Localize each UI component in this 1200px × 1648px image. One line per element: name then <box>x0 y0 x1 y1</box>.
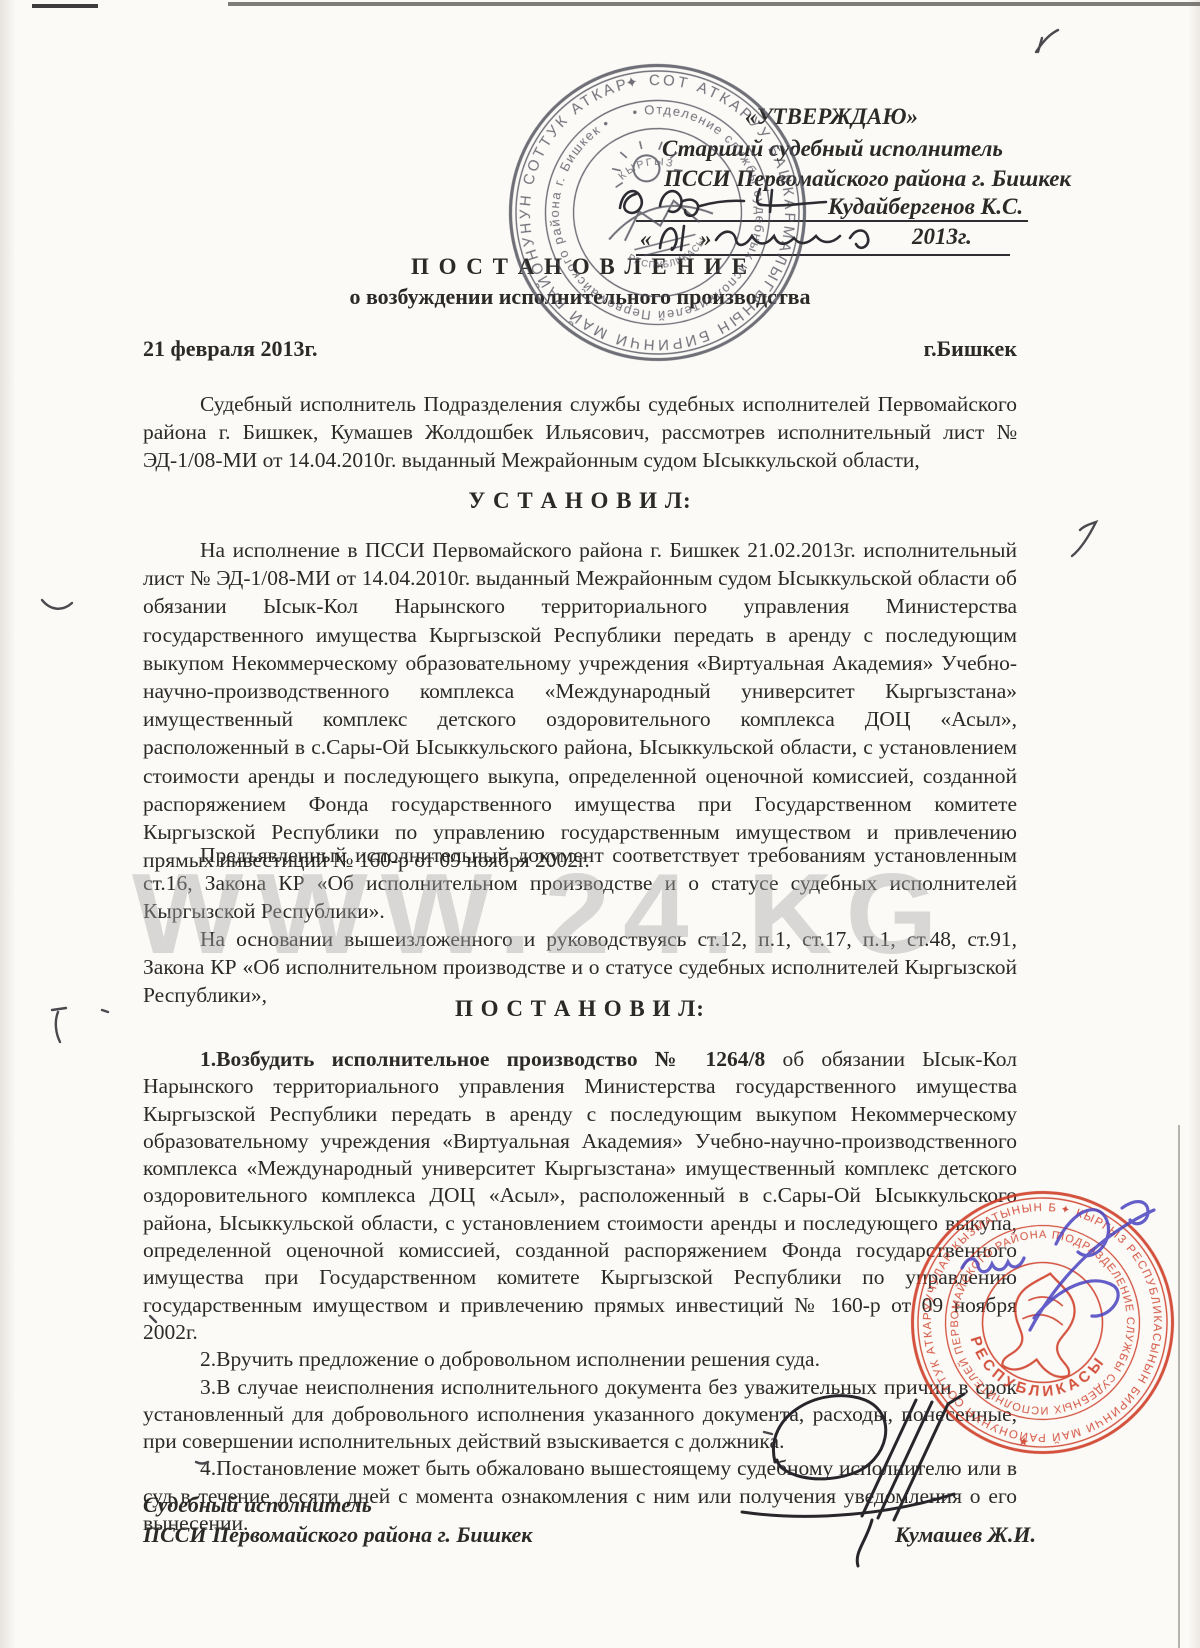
stamp-mountains <box>618 196 699 241</box>
executor-title-line2: ПССИ Первомайского района г. Бишкек <box>143 1520 532 1550</box>
section-ustanovil-header: У С Т А Н О В И Л: <box>143 488 1017 514</box>
approval-year: 2013г. <box>912 224 972 250</box>
executor-title-line1: Судебный исполнитель <box>143 1490 532 1520</box>
ustanovil-paragraph-2: Предъявленный исполнительный документ со… <box>143 841 1017 926</box>
document-city: г.Бишкек <box>924 336 1017 362</box>
approver-name: Кудайбергенов К.С. <box>828 194 1023 220</box>
red-round-stamp: ✦ КЫРГЫЗ РЕСПУБЛИКАСЫНЫН БИРИНЧИ МАЙ РАЙ… <box>885 1165 1200 1480</box>
margin-mark-left-lower <box>52 1008 108 1042</box>
margin-mark-left <box>42 600 72 609</box>
document-date: 21 февраля 2013г. <box>143 336 318 361</box>
resolution-item-1-lead: 1.Возбудить исполнительное производство … <box>200 1047 765 1071</box>
executor-name: Кумашев Ж.И. <box>895 1520 1036 1550</box>
scan-border-top-segment <box>32 4 98 8</box>
resolution-item-3: 3.В случае неисполнения исполнительного … <box>143 1374 1017 1456</box>
executor-title-block: Судебный исполнитель ПССИ Первомайского … <box>143 1490 532 1550</box>
scan-edge-right <box>1188 0 1200 1648</box>
scanned-document-page: WWW.24.KG «УТВЕРЖДАЮ» Старший судебный и… <box>0 0 1200 1648</box>
margin-tick-top-right <box>1036 30 1058 52</box>
red-stamp-eagle-emblem <box>1002 1268 1084 1378</box>
scan-edge-left <box>0 0 16 1648</box>
postanovil-items: 1.Возбудить исполнительное производство … <box>143 1046 1017 1537</box>
margin-tick-right <box>1072 522 1096 556</box>
svg-text:РЕСПУБЛИКАСЫ: РЕСПУБЛИКАСЫ <box>624 233 713 279</box>
resolution-item-1: 1.Возбудить исполнительное производство … <box>143 1046 1017 1346</box>
resolution-item-1-rest: об обязании Ысык-Кол Нарынского территор… <box>143 1047 1017 1344</box>
scan-border-top-line <box>228 2 1200 6</box>
ustanovil-paragraph-1: На исполнение в ПССИ Первомайского район… <box>143 536 1017 874</box>
resolution-item-2: 2.Вручить предложение о добровольном исп… <box>143 1346 1017 1373</box>
section-postanovil-header: П О С Т А Н О В И Л: <box>143 996 1017 1022</box>
section-ustanovil-header-text: У С Т А Н О В И Л: <box>468 488 691 513</box>
scan-vertical-line <box>1178 1125 1180 1648</box>
stamp-wings <box>605 195 713 239</box>
red-stamp-star: ★ <box>1017 1434 1030 1450</box>
svg-text:✦ СОТ АТКАРУУ БАШКАРМАЛЫГЫНЫН: ✦ СОТ АТКАРУУ БАШКАРМАЛЫГЫНЫН БИРИНЧИ МА… <box>467 22 828 389</box>
black-stamp-outer-ring-text: ✦ СОТ АТКАРУУ БАШКАРМАЛЫГЫНЫН БИРИНЧИ МА… <box>467 22 828 389</box>
intro-paragraph: Судебный исполнитель Подразделения служб… <box>143 390 1017 475</box>
section-postanovil-header-text: П О С Т А Н О В И Л: <box>455 996 705 1021</box>
black-stamp-center-bottom-text: РЕСПУБЛИКАСЫ <box>624 233 713 279</box>
